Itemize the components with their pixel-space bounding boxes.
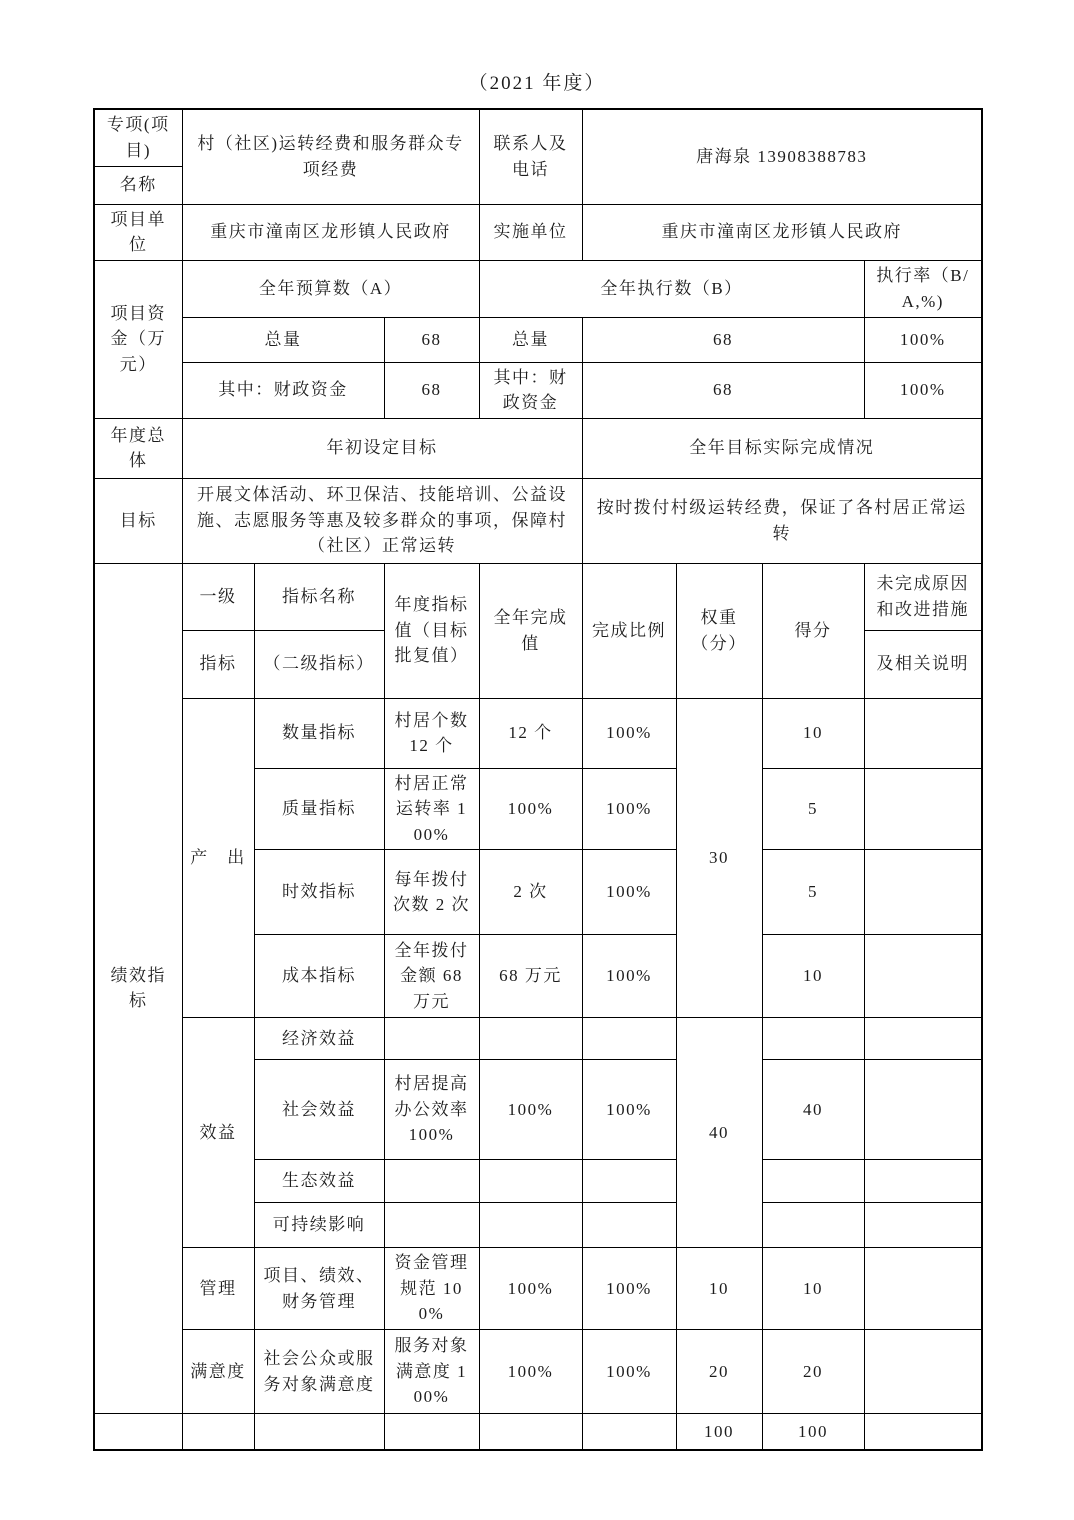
document-year-title: （2021 年度） <box>93 68 981 95</box>
indicator-group-cell: 产 出 <box>182 698 254 1018</box>
indicator-score-cell <box>762 1203 864 1248</box>
table-row: 目标 开展文体活动、环卫保洁、技能培训、公益设施、志愿服务等惠及较多群众的事项，… <box>94 478 982 563</box>
initial-goal-text-cell: 开展文体活动、环卫保洁、技能培训、公益设施、志愿服务等惠及较多群众的事项，保障村… <box>182 478 582 563</box>
totals-row: 100 100 <box>94 1414 982 1450</box>
indicator-name-cell: 成本指标 <box>254 935 384 1018</box>
funds-exec-header-cell: 全年执行数（B） <box>479 260 864 317</box>
indicator-target-cell: 村居正常运转率 100% <box>384 768 479 850</box>
indicator-actual-cell: 100% <box>479 1248 582 1330</box>
contact-label-cell: 联系人及电话 <box>479 109 582 204</box>
document-page: （2021 年度） 专项(项目) 村（社区)运转经费和服务群众专项经费 联系人及… <box>0 0 1074 1520</box>
indicator-ratio-cell: 100% <box>582 768 676 850</box>
initial-goal-header-cell: 年初设定目标 <box>182 418 582 478</box>
table-row: 其中：财政资金 68 其中：财政资金 68 100% <box>94 362 982 418</box>
indicator-score-cell: 10 <box>762 935 864 1018</box>
indicator-actual-cell <box>479 1203 582 1248</box>
table-row: 专项(项目) 村（社区)运转经费和服务群众专项经费 联系人及电话 唐海泉 139… <box>94 109 982 166</box>
table-row: 项目资金（万元） 全年预算数（A） 全年执行数（B） 执行率（B/A,%) <box>94 260 982 317</box>
funds-exec-label-cell: 其中：财政资金 <box>479 362 582 418</box>
indicator-actual-cell: 2 次 <box>479 850 582 935</box>
indicator-score-header-cell: 得分 <box>762 563 864 698</box>
indicator-actual-cell: 100% <box>479 768 582 850</box>
indicator-actual-cell <box>479 1160 582 1203</box>
indicator-weight-header-cell: 权重（分） <box>676 563 762 698</box>
indicator-note-cell <box>864 850 982 935</box>
indicator-actual-cell: 68 万元 <box>479 935 582 1018</box>
funds-budget-value-cell: 68 <box>384 317 479 362</box>
totals-empty-cell <box>479 1414 582 1450</box>
indicator-note-cell <box>864 1060 982 1160</box>
indicator-actual-cell <box>479 1018 582 1060</box>
indicator-name-cell: 项目、绩效、财务管理 <box>254 1248 384 1330</box>
indicator-note-cell <box>864 1160 982 1203</box>
table-row: 项目单位 重庆市潼南区龙形镇人民政府 实施单位 重庆市潼南区龙形镇人民政府 <box>94 204 982 260</box>
project-unit-label-cell: 项目单位 <box>94 204 182 260</box>
indicator-actual-cell: 100% <box>479 1330 582 1414</box>
indicator-weight-cell: 10 <box>676 1248 762 1330</box>
indicator-row: 管理 项目、绩效、财务管理 资金管理规范 100% 100% 100% 10 1… <box>94 1248 982 1330</box>
indicator-note-cell <box>864 1018 982 1060</box>
impl-unit-value-cell: 重庆市潼南区龙形镇人民政府 <box>582 204 982 260</box>
indicator-ratio-header-cell: 完成比例 <box>582 563 676 698</box>
funds-budget-header-cell: 全年预算数（A） <box>182 260 479 317</box>
indicator-score-cell: 10 <box>762 1248 864 1330</box>
funds-rate-value-cell: 100% <box>864 362 982 418</box>
indicator-note-cell <box>864 768 982 850</box>
indicator-ratio-cell: 100% <box>582 1330 676 1414</box>
funds-budget-label-cell: 其中：财政资金 <box>182 362 384 418</box>
indicator-actual-cell: 12 个 <box>479 698 582 768</box>
table-row: 绩效指标 一级 指标名称 年度指标值（目标批复值） 全年完成值 完成比例 权重（… <box>94 563 982 630</box>
indicator-note-cell <box>864 1330 982 1414</box>
indicator-score-cell <box>762 1018 864 1060</box>
indicator-note-cell <box>864 935 982 1018</box>
funds-section-label-cell: 项目资金（万元） <box>94 260 182 418</box>
indicator-row: 产 出 数量指标 村居个数 12 个 12 个 100% 30 10 <box>94 698 982 768</box>
funds-exec-value-cell: 68 <box>582 362 864 418</box>
table-row: 年度总体 年初设定目标 全年目标实际完成情况 <box>94 418 982 478</box>
indicator-target-cell: 资金管理规范 100% <box>384 1248 479 1330</box>
indicator-ratio-cell: 100% <box>582 1060 676 1160</box>
indicator-name-cell: 数量指标 <box>254 698 384 768</box>
indicator-ratio-cell <box>582 1203 676 1248</box>
indicator-ratio-cell <box>582 1160 676 1203</box>
totals-empty-cell <box>582 1414 676 1450</box>
indicator-target-header-cell: 年度指标值（目标批复值） <box>384 563 479 698</box>
indicator-target-cell <box>384 1160 479 1203</box>
indicator-target-cell: 全年拨付金额 68 万元 <box>384 935 479 1018</box>
indicator-name-cell: 经济效益 <box>254 1018 384 1060</box>
indicator-weight-cell: 30 <box>676 698 762 1018</box>
totals-empty-cell <box>254 1414 384 1450</box>
indicator-target-cell: 村居个数 12 个 <box>384 698 479 768</box>
indicator-note-header-top-cell: 未完成原因和改进措施 <box>864 563 982 630</box>
project-label-bottom-cell: 名称 <box>94 166 182 204</box>
indicator-group-cell: 效益 <box>182 1018 254 1248</box>
indicator-target-cell: 服务对象满意度 100% <box>384 1330 479 1414</box>
indicator-score-cell: 20 <box>762 1330 864 1414</box>
indicator-ratio-cell: 100% <box>582 935 676 1018</box>
totals-empty-cell <box>182 1414 254 1450</box>
indicator-target-cell <box>384 1018 479 1060</box>
indicator-ratio-cell <box>582 1018 676 1060</box>
totals-empty-cell <box>864 1414 982 1450</box>
indicator-name-cell: 时效指标 <box>254 850 384 935</box>
indicator-note-header-bottom-cell: 及相关说明 <box>864 630 982 698</box>
indicator-score-cell: 40 <box>762 1060 864 1160</box>
indicator-weight-cell: 20 <box>676 1330 762 1414</box>
indicator-level1-header-top-cell: 一级 <box>182 563 254 630</box>
indicator-name-header-bottom-cell: （二级指标） <box>254 630 384 698</box>
project-label-top-cell: 专项(项目) <box>94 109 182 166</box>
funds-exec-label-cell: 总量 <box>479 317 582 362</box>
indicator-actual-cell: 100% <box>479 1060 582 1160</box>
funds-budget-value-cell: 68 <box>384 362 479 418</box>
funds-budget-label-cell: 总量 <box>182 317 384 362</box>
table-row: 总量 68 总量 68 100% <box>94 317 982 362</box>
indicator-target-cell: 村居提高办公效率 100% <box>384 1060 479 1160</box>
indicator-group-cell: 管理 <box>182 1248 254 1330</box>
funds-rate-value-cell: 100% <box>864 317 982 362</box>
indicator-name-cell: 可持续影响 <box>254 1203 384 1248</box>
indicator-ratio-cell: 100% <box>582 850 676 935</box>
impl-unit-label-cell: 实施单位 <box>479 204 582 260</box>
actual-goal-text-cell: 按时拨付村级运转经费，保证了各村居正常运转 <box>582 478 982 563</box>
indicator-name-cell: 质量指标 <box>254 768 384 850</box>
annual-goal-label-bottom-cell: 目标 <box>94 478 182 563</box>
indicator-target-cell <box>384 1203 479 1248</box>
contact-value-cell: 唐海泉 13908388783 <box>582 109 982 204</box>
funds-exec-value-cell: 68 <box>582 317 864 362</box>
totals-empty-cell <box>94 1414 182 1450</box>
total-score-cell: 100 <box>762 1414 864 1450</box>
indicator-note-cell <box>864 1203 982 1248</box>
indicator-name-cell: 社会效益 <box>254 1060 384 1160</box>
indicator-row: 满意度 社会公众或服务对象满意度 服务对象满意度 100% 100% 100% … <box>94 1330 982 1414</box>
project-name-cell: 村（社区)运转经费和服务群众专项经费 <box>182 109 479 204</box>
indicator-target-cell: 每年拨付次数 2 次 <box>384 850 479 935</box>
indicator-score-cell: 5 <box>762 850 864 935</box>
indicator-row: 效益 经济效益 40 <box>94 1018 982 1060</box>
indicator-level1-header-bottom-cell: 指标 <box>182 630 254 698</box>
indicators-section-label-cell: 绩效指标 <box>94 563 182 1414</box>
total-weight-cell: 100 <box>676 1414 762 1450</box>
totals-empty-cell <box>384 1414 479 1450</box>
indicator-name-cell: 社会公众或服务对象满意度 <box>254 1330 384 1414</box>
project-unit-value-cell: 重庆市潼南区龙形镇人民政府 <box>182 204 479 260</box>
indicator-ratio-cell: 100% <box>582 698 676 768</box>
indicator-actual-header-cell: 全年完成值 <box>479 563 582 698</box>
indicator-name-cell: 生态效益 <box>254 1160 384 1203</box>
indicator-note-cell <box>864 698 982 768</box>
performance-report-table: 专项(项目) 村（社区)运转经费和服务群众专项经费 联系人及电话 唐海泉 139… <box>93 108 983 1451</box>
funds-rate-header-cell: 执行率（B/A,%) <box>864 260 982 317</box>
indicator-score-cell: 5 <box>762 768 864 850</box>
indicator-name-header-top-cell: 指标名称 <box>254 563 384 630</box>
indicator-ratio-cell: 100% <box>582 1248 676 1330</box>
actual-goal-header-cell: 全年目标实际完成情况 <box>582 418 982 478</box>
indicator-group-cell: 满意度 <box>182 1330 254 1414</box>
indicator-score-cell: 10 <box>762 698 864 768</box>
indicator-note-cell <box>864 1248 982 1330</box>
annual-goal-label-top-cell: 年度总体 <box>94 418 182 478</box>
indicator-score-cell <box>762 1160 864 1203</box>
indicator-weight-cell: 40 <box>676 1018 762 1248</box>
